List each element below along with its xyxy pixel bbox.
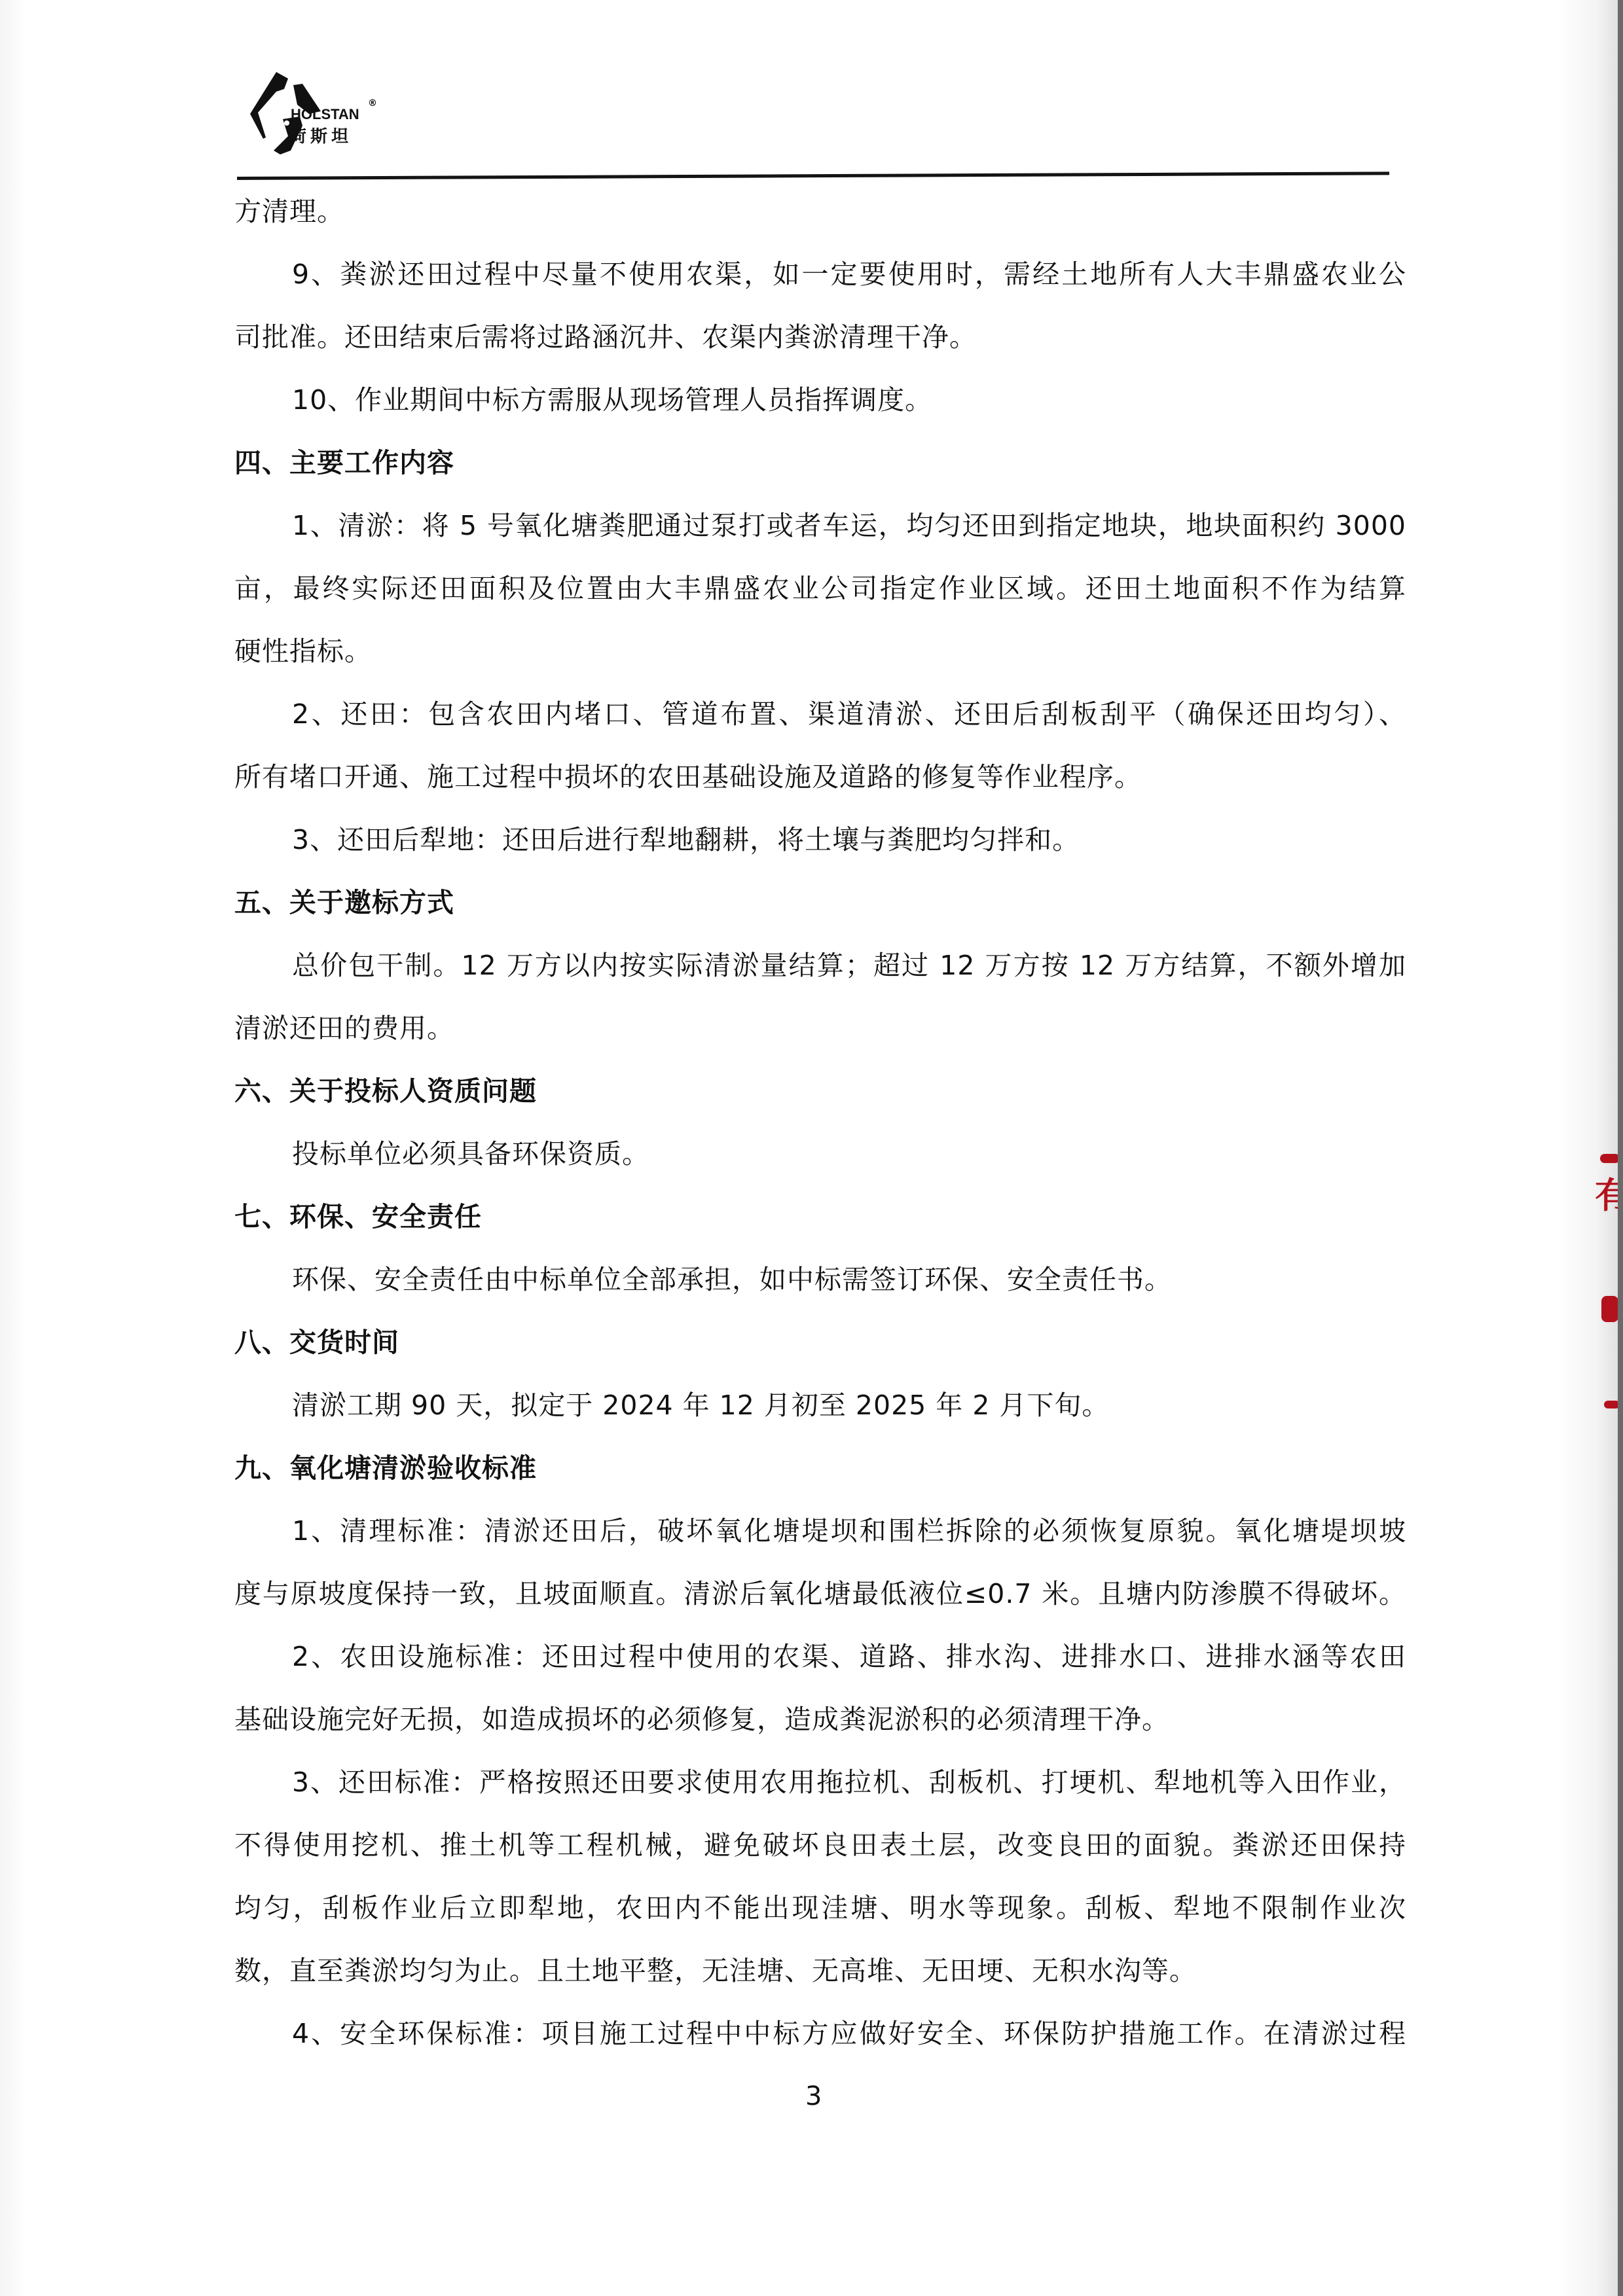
header-divider (237, 171, 1389, 180)
paragraph-line: 数，直至粪淤均匀为止。且土地平整，无洼塘、无高堆、无田埂、无积水沟等。 (234, 1956, 1413, 1986)
list-item: 2、还田：包含农田内堵口、管道布置、渠道清淤、还田后刮板刮平（确保还田均匀）、 (234, 699, 1406, 730)
paragraph-line: 均匀，刮板作业后立即犁地，农田内不能出现洼塘、明水等现象。刮板、犁地不限制作业次 (234, 1893, 1406, 1924)
section-heading: 四、主要工作内容 (234, 448, 1413, 478)
list-item: 9、粪淤还田过程中尽量不使用农渠，如一定要使用时，需经土地所有人大丰鼎盛农业公 (234, 259, 1406, 290)
registered-mark: ® (368, 98, 377, 109)
paragraph-line: 清淤还田的费用。 (234, 1013, 1413, 1044)
section-heading: 八、交货时间 (234, 1327, 1413, 1358)
list-item: 清淤工期 90 天，拟定于 2024 年 12 月初至 2025 年 2 月下旬… (234, 1390, 1413, 1421)
list-item: 3、还田后犁地：还田后进行犁地翻耕，将土壤与粪肥均匀拌和。 (234, 825, 1413, 855)
page-number: 3 (805, 2081, 822, 2111)
paragraph-line: 司批准。还田结束后需将过路涵沉井、农渠内粪淤清理干净。 (234, 322, 1413, 353)
list-item: 10、作业期间中标方需服从现场管理人员指挥调度。 (234, 385, 1413, 416)
stamp-mark (1600, 1154, 1620, 1163)
paragraph-line: 方清理。 (234, 196, 1413, 227)
scan-edge (1618, 0, 1623, 2296)
list-item: 3、还田标准：严格按照还田要求使用农用拖拉机、刮板机、打埂机、犁地机等入田作业， (234, 1767, 1406, 1798)
page-header: HOLSTAN ® 荷斯坦 (237, 65, 1389, 183)
list-item: 1、清理标准：清淤还田后，破坏氧化塘堤坝和围栏拆除的必须恢复原貌。氧化塘堤坝坡 (234, 1516, 1406, 1547)
section-heading: 九、氧化塘清淤验收标准 (234, 1453, 1413, 1484)
list-item: 4、安全环保标准：项目施工过程中中标方应做好安全、环保防护措施工作。在清淤过程 (234, 2018, 1406, 2049)
paragraph-line: 不得使用挖机、推土机等工程机械，避免破坏良田表土层，改变良田的面貌。粪淤还田保持 (234, 1830, 1406, 1861)
logo-text-en: HOLSTAN (291, 106, 359, 123)
list-item: 环保、安全责任由中标单位全部承担，如中标需签订环保、安全责任书。 (234, 1265, 1413, 1295)
paragraph-line: 基础设施完好无损，如造成损坏的必须修复，造成粪泥淤积的必须清理干净。 (234, 1704, 1413, 1735)
list-item: 投标单位必须具备环保资质。 (234, 1139, 1413, 1170)
list-item: 总价包干制。12 万方以内按实际清淤量结算；超过 12 万方按 12 万方结算，… (234, 950, 1406, 981)
paragraph-line: 所有堵口开通、施工过程中损坏的农田基础设施及道路的修复等作业程序。 (234, 762, 1413, 793)
paragraph-line: 度与原坡度保持一致，且坡面顺直。清淤后氧化塘最低液位≤0.7 米。且塘内防渗膜不… (234, 1579, 1406, 1609)
logo-text-cn: 荷斯坦 (289, 123, 352, 147)
list-item: 2、农田设施标准：还田过程中使用的农渠、道路、排水沟、进排水口、进排水涵等农田 (234, 1641, 1406, 1672)
paragraph-line: 亩，最终实际还田面积及位置由大丰鼎盛农业公司指定作业区域。还田土地面积不作为结算 (234, 573, 1406, 604)
document-body: 方清理。 9、粪淤还田过程中尽量不使用农渠，如一定要使用时，需经土地所有人大丰鼎… (234, 196, 1413, 2081)
section-heading: 五、关于邀标方式 (234, 888, 1413, 918)
document-page: HOLSTAN ® 荷斯坦 方清理。 9、粪淤还田过程中尽量不使用农渠，如一定要… (0, 0, 1623, 2296)
stamp-mark (1601, 1296, 1618, 1322)
list-item: 1、清淤：将 5 号氧化塘粪肥通过泵打或者车运，均匀还田到指定地块，地块面积约 … (234, 511, 1406, 541)
paragraph-line: 硬性指标。 (234, 636, 1413, 667)
holstan-logo: HOLSTAN ® 荷斯坦 (237, 65, 394, 157)
section-heading: 七、环保、安全责任 (234, 1202, 1413, 1232)
section-heading: 六、关于投标人资质问题 (234, 1076, 1413, 1107)
